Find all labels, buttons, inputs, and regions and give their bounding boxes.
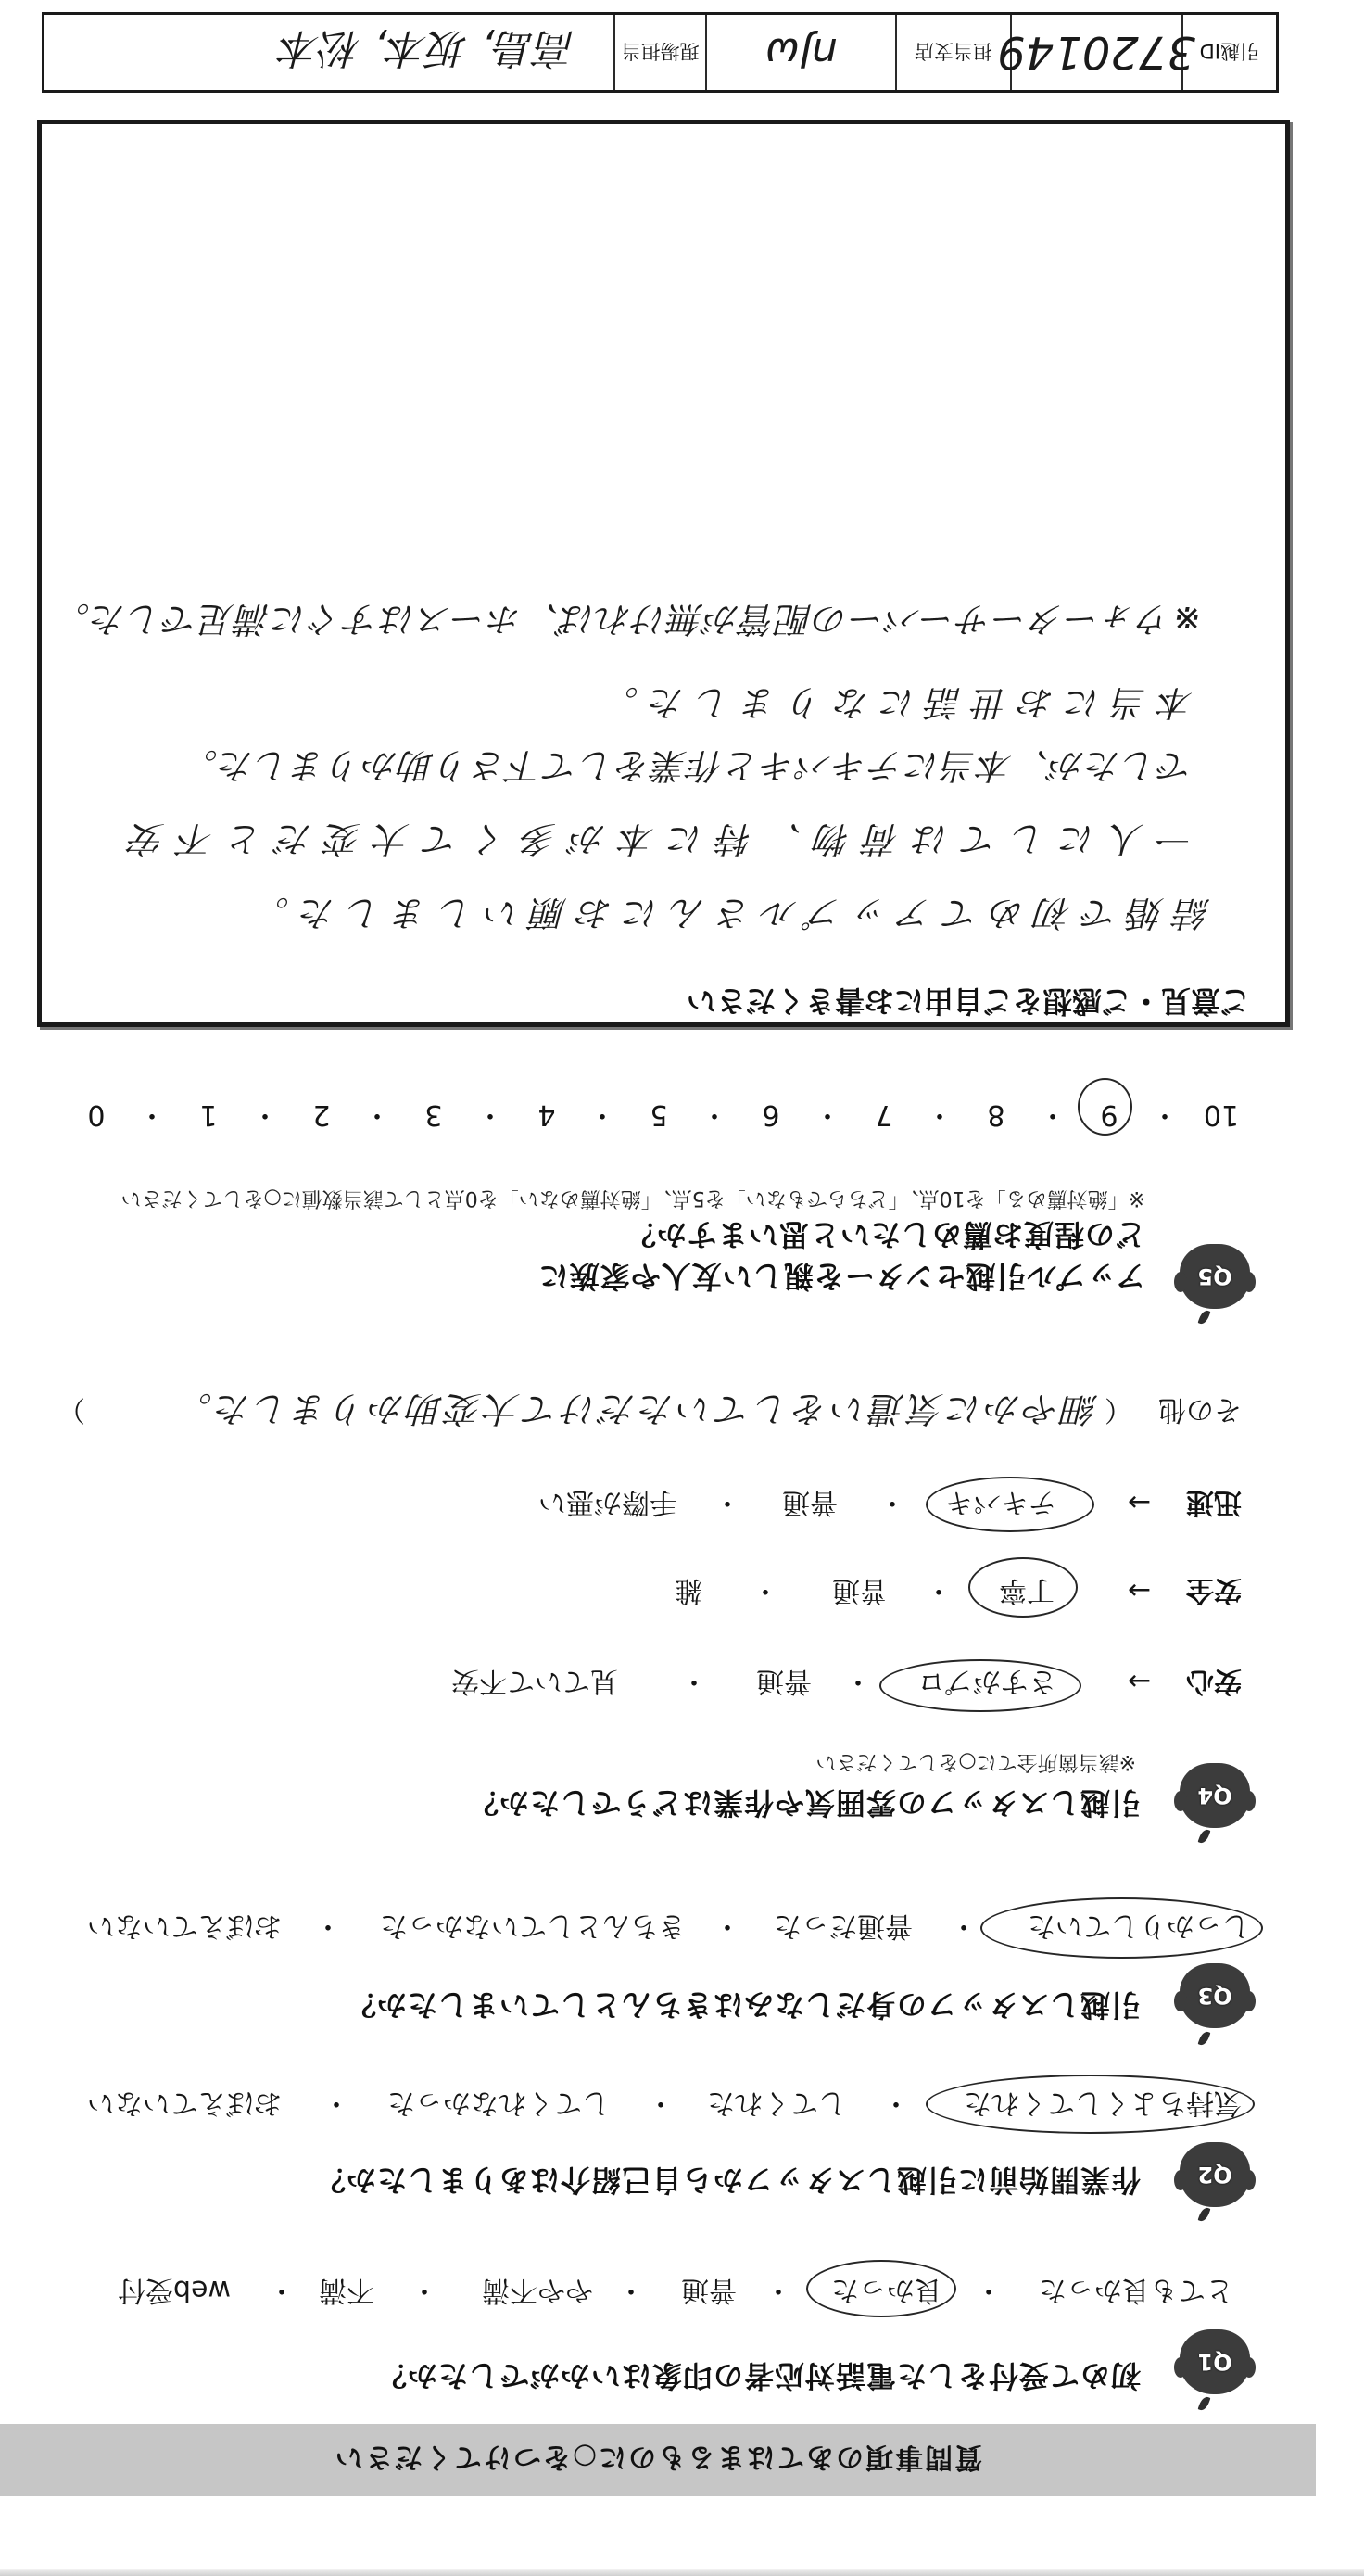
selection-circle — [879, 1659, 1081, 1712]
separator: ・ — [314, 1909, 342, 1942]
selection-circle — [926, 2075, 1255, 2134]
separator: ・ — [322, 2086, 350, 2119]
separator: ・ — [1151, 1098, 1179, 1131]
apple-stem-icon — [1198, 2395, 1211, 2412]
q3-badge-label: Q3 — [1197, 1983, 1231, 2009]
q4-option: 普通 — [782, 1485, 838, 1518]
scale-value: 10 — [1198, 1098, 1244, 1131]
selection-circle — [968, 1557, 1078, 1618]
separator: ・ — [950, 1909, 978, 1942]
arrow-right-icon: → — [1128, 1485, 1151, 1518]
branch-value-cell: nJω — [705, 15, 895, 90]
q2-badge-label: Q2 — [1197, 2162, 1231, 2188]
separator: ・ — [878, 1485, 906, 1518]
comment-line: ※ウォーターサーバーの配管が無ければ、ホースはすぐに満足でした。 — [54, 595, 1202, 643]
separator: ・ — [844, 1664, 872, 1697]
staff-label-cell: 現場担当 — [613, 15, 705, 90]
q5-question-line2: どの程度お薦めしたいと思いますか？ — [625, 1216, 1145, 1253]
branch-label-cell: 担当支店 — [895, 15, 1009, 90]
comment-line: 一人にしては荷物、特に本が多くて大変だと不安 — [129, 815, 1193, 863]
q4-row-label: 安全 — [1186, 1573, 1242, 1606]
comment-line: 結婚で初めてアップルさんにお願いしました。 — [253, 889, 1210, 937]
staff-value-cell: 高島, 坂本, 松本 — [44, 15, 613, 90]
arrow-right-icon: → — [1128, 1664, 1151, 1697]
q4-badge-icon: Q4 — [1180, 1763, 1250, 1828]
q4-option: 手際が悪い — [538, 1485, 677, 1518]
separator: ・ — [1039, 1098, 1067, 1131]
separator: ・ — [647, 2086, 675, 2119]
instruction-text: 質問事項のあてはまるものに○をつけてください — [334, 2440, 982, 2481]
q3-option: きちんとしていなかった — [380, 1909, 686, 1942]
apple-stem-icon — [1198, 1309, 1211, 1326]
separator: ・ — [476, 1098, 504, 1131]
q4-row-label: 迅速 — [1186, 1485, 1242, 1518]
scan-page-edge — [0, 2569, 1364, 2576]
move-id-value-cell: 3720149 — [1010, 15, 1181, 90]
separator: ・ — [764, 2273, 792, 2306]
q4-option: 雑 — [675, 1573, 702, 1606]
separator: ・ — [363, 1098, 391, 1131]
move-id-value: 3720149 — [997, 27, 1195, 79]
q1-option: とても良かった — [1039, 2273, 1233, 2306]
q5-badge-label: Q5 — [1197, 1263, 1231, 1289]
q5-question-line1: アップル引越センターを親しい友人や家族に — [538, 1258, 1145, 1295]
q2-question: 作業開始前に引越しスタッフから自己紹介はありましたか？ — [315, 2162, 1141, 2199]
q4-option: 普通 — [756, 1664, 812, 1697]
move-id-label: 引越ID — [1200, 39, 1259, 67]
separator: ・ — [925, 1573, 953, 1606]
staff-value: 高島, 坂本, 松本 — [280, 23, 576, 82]
q1-question: 初めて受付をした電話対応者の印象はいかがでしたか？ — [376, 2357, 1141, 2394]
q4-other-label: その他 — [1158, 1392, 1242, 1426]
instruction-bar: 質問事項のあてはまるものに○をつけてください — [0, 2424, 1316, 2496]
open-paren: （ — [1105, 1392, 1132, 1426]
scanned-survey-form: 質問事項のあてはまるものに○をつけてください Q1 初めて受付をした電話対応者の… — [0, 0, 1364, 2576]
selection-circle — [1078, 1078, 1132, 1136]
separator: ・ — [751, 1573, 779, 1606]
close-paren: ） — [57, 1392, 85, 1426]
q3-option: おぼえていない — [87, 1909, 282, 1942]
separator: ・ — [251, 1098, 279, 1131]
scale-value: 3 — [410, 1098, 457, 1131]
separator: ・ — [701, 1098, 728, 1131]
comment-line: でしたが、本当にテキパキと作業をして下さり助かりました。 — [199, 742, 1193, 790]
q1-option: 普通 — [681, 2273, 737, 2306]
q1-option: やや不満 — [482, 2273, 593, 2306]
separator: ・ — [882, 2086, 910, 2119]
apple-stem-icon — [1198, 2206, 1211, 2223]
arrow-right-icon: → — [1128, 1573, 1151, 1606]
apple-stem-icon — [1198, 1828, 1211, 1845]
scale-value: 8 — [973, 1098, 1019, 1131]
separator: ・ — [814, 1098, 841, 1131]
q4-other-handwritten: 細やかに気遣いをしていただけて大変助かりました。 — [176, 1385, 1098, 1433]
separator: ・ — [680, 1664, 708, 1697]
scale-value: 0 — [73, 1098, 120, 1131]
q3-badge-icon: Q3 — [1180, 1963, 1250, 2028]
separator: ・ — [588, 1098, 616, 1131]
separator: ・ — [410, 2273, 438, 2306]
separator: ・ — [714, 1909, 741, 1942]
selection-circle — [806, 2260, 956, 2317]
q4-option: 見ていて不安 — [451, 1664, 618, 1697]
scale-value: 7 — [861, 1098, 907, 1131]
selection-circle — [926, 1477, 1094, 1532]
apple-stem-icon — [1198, 2030, 1211, 2047]
scale-value: 1 — [185, 1098, 232, 1131]
separator: ・ — [138, 1098, 166, 1131]
separator: ・ — [714, 1485, 741, 1518]
scale-value: 5 — [636, 1098, 682, 1131]
staff-label: 現場担当 — [622, 39, 700, 67]
comment-box-title: ご意見・ご感想をご自由にお書きください — [687, 983, 1250, 1020]
record-table: 引越ID 3720149 担当支店 nJω 現場担当 高島, 坂本, 松本 — [42, 12, 1279, 93]
q5-note: ※「絶対薦める」を10点、「どちらでもない」を5点、「絶対薦めない」を0点として… — [121, 1186, 1145, 1210]
q2-badge-icon: Q2 — [1180, 2142, 1250, 2207]
separator: ・ — [268, 2273, 296, 2306]
q2-option: おぼえていない — [87, 2086, 282, 2119]
q1-badge-icon: Q1 — [1180, 2329, 1250, 2394]
q4-row-label: 安心 — [1186, 1664, 1242, 1697]
separator: ・ — [617, 2273, 645, 2306]
q3-option: 普通だった — [774, 1909, 913, 1942]
q3-question: 引越しスタッフの身だしなみはきちんとしていましたか？ — [346, 1986, 1141, 2024]
q1-badge-label: Q1 — [1197, 2349, 1231, 2375]
branch-label: 担当支店 — [915, 39, 992, 67]
q2-option: してくれた — [707, 2086, 846, 2119]
q4-badge-label: Q4 — [1197, 1783, 1231, 1808]
q1-option: web受付 — [118, 2273, 231, 2306]
q4-note: ※該当箇所全てに○をしてください — [815, 1749, 1136, 1773]
q5-badge-icon: Q5 — [1180, 1244, 1250, 1309]
comment-line: 本当にお世話になりました。 — [602, 679, 1193, 727]
separator: ・ — [926, 1098, 954, 1131]
selection-circle — [980, 1897, 1263, 1959]
scale-value: 2 — [298, 1098, 345, 1131]
scale-value: 6 — [748, 1098, 794, 1131]
scale-value: 4 — [524, 1098, 570, 1131]
q2-option: してくれなかった — [387, 2086, 610, 2119]
q4-option: 普通 — [832, 1573, 888, 1606]
separator: ・ — [975, 2273, 1003, 2306]
q1-option: 不満 — [319, 2273, 374, 2306]
q4-question: 引越しスタッフの雰囲気や作業はどうでしたか？ — [468, 1784, 1141, 1821]
branch-value: nJω — [765, 29, 838, 76]
